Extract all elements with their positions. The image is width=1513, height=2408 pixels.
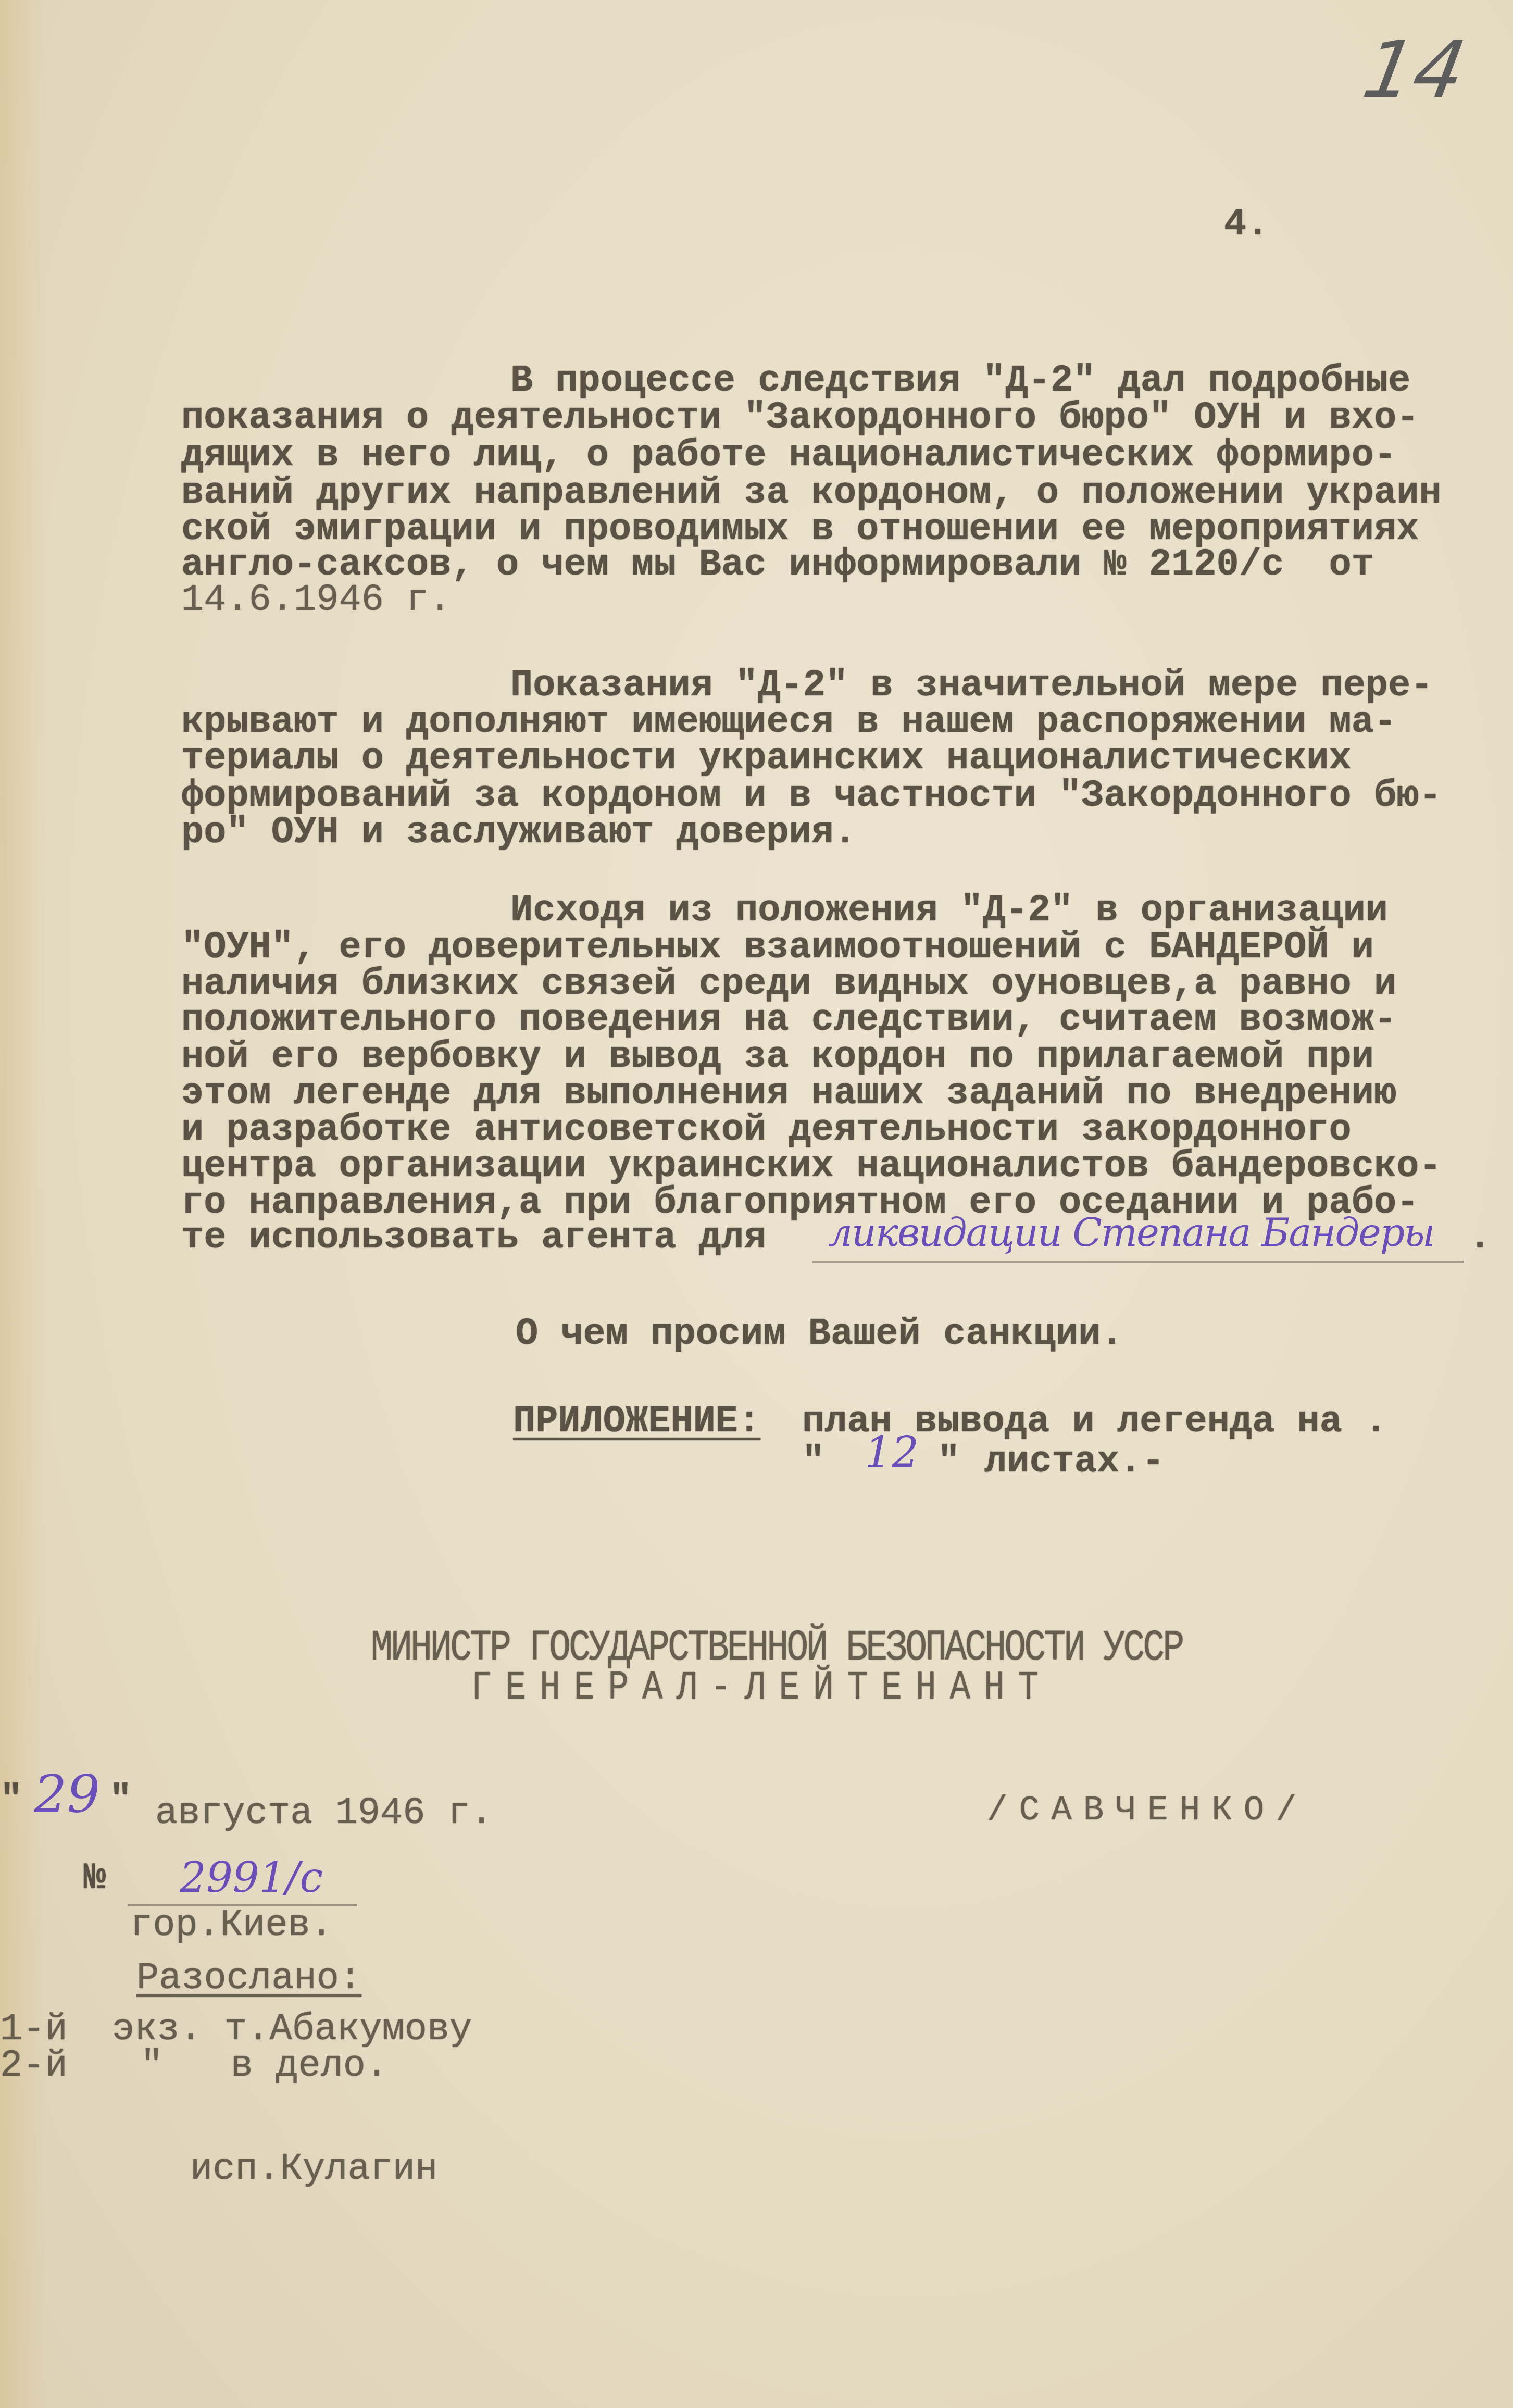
paragraph-line: териалы о деятельности украинских национ… — [181, 740, 1352, 777]
paragraph-line: крывают и дополняют имеющиеся в нашем ра… — [181, 703, 1396, 741]
page-number: 4. — [1224, 206, 1269, 243]
executor: исп.Кулагин — [190, 2150, 437, 2188]
attachment-quote-close: " — [937, 1443, 960, 1480]
paragraph-line: ской эмиграции и проводимых в отношении … — [181, 510, 1419, 548]
date-day-handwritten: 29 — [34, 1763, 100, 1826]
attachment-quote-open: " — [802, 1443, 824, 1480]
paragraph-line: и разработке антисоветской деятельности … — [181, 1111, 1352, 1149]
distribution-heading: Разослано: — [136, 1960, 361, 1997]
paragraph-line: этом легенде для выполнения наших задани… — [181, 1075, 1396, 1112]
paragraph-line: Исходя из положения "Д-2" в организации — [510, 892, 1388, 929]
date-month-year: августа 1946 г. — [155, 1794, 493, 1832]
attachment-sheets-count: 12 — [865, 1427, 919, 1479]
reference-number-handwritten: 2991/с — [180, 1852, 323, 1904]
attachment-label: ПРИЛОЖЕНИЕ: — [513, 1403, 760, 1440]
city: гор.Киев. — [130, 1906, 333, 1944]
attachment-sheets-text: листах.- — [984, 1443, 1165, 1480]
paragraph-line: 14.6.1946 г. — [181, 581, 451, 619]
paragraph-line: Показания "Д-2" в значительной мере пере… — [510, 667, 1433, 704]
handwritten-insert: ликвидации Степана Бандеры — [828, 1209, 1434, 1256]
paragraph-line: "ОУН", его доверительных взаимоотношений… — [181, 929, 1374, 966]
date-quote-open: " — [0, 1781, 22, 1819]
end-mark: . — [1469, 1219, 1491, 1256]
distribution-recipient: экз. т.Абакумову — [112, 2011, 472, 2048]
paragraph-line: показания о деятельности "Закордонного б… — [181, 399, 1419, 436]
paragraph-line: ной его вербовку и вывод за кордон по пр… — [181, 1038, 1374, 1076]
signer-rank: ГЕНЕРАЛ-ЛЕЙТЕНАНТ — [471, 1666, 1052, 1711]
folio-number: 14 — [1358, 31, 1471, 109]
handwritten-underline — [812, 1261, 1464, 1263]
paragraph-line: ро" ОУН и заслуживают доверия. — [181, 814, 856, 851]
number-sign: № — [83, 1860, 106, 1897]
date-quote-close: " — [109, 1781, 132, 1819]
paragraph-line: формирований за кордоном и в частности "… — [181, 777, 1442, 815]
distribution-copy-number: 2-й — [0, 2047, 68, 2085]
paragraph-line: ваний других направлений за кордоном, о … — [181, 474, 1442, 511]
paragraph-line: дящих в него лиц, о работе националистич… — [181, 436, 1396, 474]
paragraph-line: наличия близких связей среди видных оуно… — [181, 965, 1396, 1003]
paragraph-line: центра организации украинских националис… — [181, 1147, 1442, 1185]
paragraph-line: В процессе следствия "Д-2" дал подробные — [510, 362, 1410, 400]
distribution-recipient: " в дело. — [141, 2047, 388, 2085]
paragraph-line: положительного поведения на следствии, с… — [181, 1001, 1396, 1039]
signer-name: /САВЧЕНКО/ — [987, 1792, 1308, 1829]
paragraph-line: те использовать агента для — [181, 1219, 766, 1256]
distribution-copy-number: 1-й — [0, 2011, 68, 2048]
paragraph-line: англо-саксов, о чем мы Вас информировали… — [181, 546, 1374, 583]
request-line: О чем просим Вашей санкции. — [516, 1315, 1123, 1353]
